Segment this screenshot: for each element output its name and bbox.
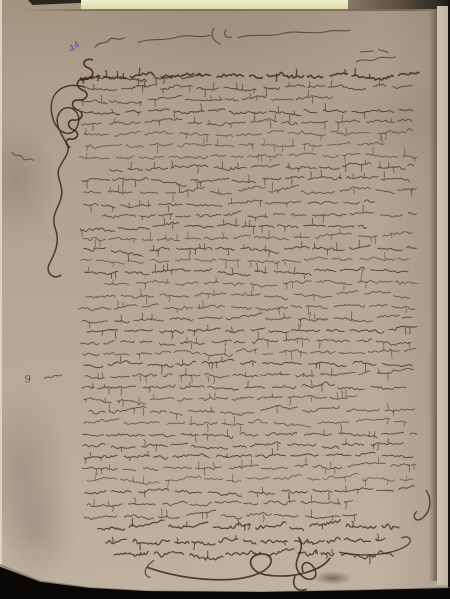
- manuscript-text-line: [82, 217, 313, 237]
- manuscript-text-line: [111, 103, 365, 123]
- manuscript-text-line: [89, 404, 415, 416]
- manuscript-text-line: [86, 141, 385, 148]
- manuscript-text-line: [133, 404, 393, 420]
- manuscript-text-line: [80, 221, 366, 232]
- top-right-note: [356, 49, 395, 62]
- manuscript-text-line: [89, 311, 351, 328]
- manuscript-text-line: [145, 486, 359, 502]
- manuscript-text-line: [84, 184, 416, 196]
- manuscript-text-line: [87, 473, 413, 485]
- manuscript-text-line: [81, 94, 333, 104]
- manuscript-text-line: [85, 126, 386, 142]
- manuscript-text-line: [87, 326, 417, 335]
- manuscript-text-line: [85, 368, 413, 379]
- sig-flourish-loops: [293, 537, 316, 590]
- manuscript-text-line: [83, 431, 417, 440]
- left-w-mark: [12, 152, 33, 160]
- manuscript-text-line: [139, 343, 392, 361]
- manuscript-text-line: [93, 78, 380, 98]
- manuscript-text-line: [94, 229, 392, 247]
- manuscript-text-line: [84, 509, 356, 520]
- manuscript-text-line: [103, 210, 417, 219]
- manuscript-text-line: [110, 182, 412, 202]
- margin-vrs-mark: [45, 375, 62, 378]
- manuscript-text-line: [85, 267, 409, 277]
- manuscript-text-line: [95, 471, 407, 488]
- left-margin-flourish: [47, 85, 86, 276]
- manuscript-text-line: [81, 337, 411, 347]
- manuscript-scan: 44 9: [0, 0, 450, 599]
- manuscript-text-line: [102, 324, 411, 340]
- manuscript-closing-line: [207, 549, 370, 565]
- manuscript-text-line: [96, 457, 414, 476]
- manuscript-heading-line: [83, 66, 370, 83]
- manuscript-text-line: [131, 159, 394, 175]
- manuscript-text-line: [81, 256, 409, 265]
- manuscript-text-line: [83, 441, 403, 450]
- manuscript-text-line: [88, 262, 363, 280]
- manuscript-text-line: [186, 330, 410, 349]
- manuscript-text-line: [84, 129, 412, 138]
- margin-mark: 9: [25, 374, 31, 385]
- manuscript-text-line: [161, 508, 354, 523]
- manuscript-text-line: [84, 416, 406, 429]
- manuscript-text-line: [81, 116, 412, 126]
- manuscript-text-line: [86, 389, 347, 411]
- manuscript-text-line: [84, 358, 412, 369]
- manuscript-text-line: [85, 485, 415, 497]
- manuscript-text-line: [83, 347, 416, 357]
- manuscript-closing-line: [106, 537, 385, 546]
- manuscript-text-line: [84, 395, 357, 405]
- top-note-squiggle: [138, 27, 350, 44]
- manuscript-text-line: [105, 278, 418, 288]
- manuscript-text-line: [81, 107, 413, 117]
- manuscript-text-line: [84, 199, 375, 208]
- manuscript-heading-line: [81, 70, 419, 82]
- manuscript-text-line: [84, 452, 413, 460]
- upper-left-squiggle: [95, 38, 124, 47]
- manuscript-text-line: [87, 169, 385, 193]
- manuscript-text-line: [86, 290, 409, 301]
- manuscript-closing-line: [112, 534, 378, 550]
- manuscript-text-line: [86, 82, 412, 92]
- manuscript-text-line: [79, 302, 415, 312]
- manuscript-closing-line: [132, 517, 353, 531]
- manuscript-text-line: [82, 381, 406, 392]
- manuscript-text-line: [83, 232, 412, 242]
- manuscript-text-line: [79, 152, 417, 161]
- blue-folio-number: 44: [67, 40, 82, 55]
- manuscript-text-line: [84, 245, 417, 257]
- handwriting-layer: 44 9: [0, 0, 450, 599]
- manuscript-text-line: [87, 500, 352, 507]
- manuscript-text-line: [82, 462, 416, 471]
- manuscript-text-line: [82, 312, 411, 324]
- right-descender-flourish: [414, 491, 430, 520]
- manuscript-text-line: [109, 162, 413, 171]
- manuscript-text-line: [82, 176, 410, 187]
